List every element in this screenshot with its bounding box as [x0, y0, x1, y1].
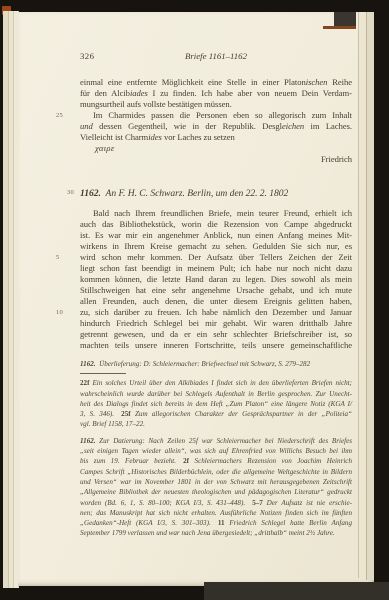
text-line: 3, S. 346). 25f Zum allegorischen Charak…: [80, 409, 352, 419]
text-line: χαιρε: [80, 143, 352, 154]
page-content: 326 Briefe 1161–1162 einmal eine entfern…: [80, 12, 352, 539]
apparatus-dating-notes: 1162. Zur Datierung: Nach Zeilen 25f war…: [80, 436, 352, 539]
text-line: 1162. Zur Datierung: Nach Zeilen 25f war…: [80, 436, 352, 446]
letter-1162-body: Bald nach Ihrem freundlichen Briefe, mei…: [80, 208, 352, 351]
text-line: liegt schon fast beendigt in meinem Pult…: [80, 263, 352, 274]
book-page: 326 Briefe 1161–1162 einmal eine entfern…: [18, 12, 374, 586]
text-line: 10zu, sich darüber zu freuen. Ich habe n…: [80, 307, 352, 318]
apparatus-transmission: 1162. Überlieferung: D: Schleiermacher: …: [80, 359, 352, 369]
text-line: heit des Dialogs findet sich bereits in …: [80, 399, 352, 409]
text-line: „seit einigen Tagen wieder allein“, was …: [80, 446, 352, 456]
margin-line-number: 5: [56, 254, 74, 262]
right-page-edge-outer: [366, 12, 374, 580]
text-line: allen Freunden, auch denen, die unter di…: [80, 296, 352, 307]
text-line: bis zum 19. Februar bezieht. 2f Schleier…: [80, 456, 352, 466]
text-line: machten teils unsere inneren Fortschritt…: [80, 340, 352, 351]
text-line: „Allgemeine Bibliothek der neuesten theo…: [80, 487, 352, 497]
text-line: und dessen Gegentheil, wie in der Republ…: [80, 121, 352, 132]
text-line: einmal eine entfernte Möglichkeit eine S…: [80, 77, 352, 88]
margin-line-number: 10: [56, 309, 74, 317]
text-line: worden (Bd. 6, 1, S. 80–100; KGA I/3, S.…: [80, 498, 352, 508]
text-line: vgl. Brief 1158, 17–22.: [80, 419, 352, 429]
running-header: Briefe 1161–1162: [80, 51, 352, 62]
text-line: Vielleicht ist Charmides vor Laches zu s…: [80, 132, 352, 143]
letter-1161-closing-text: einmal eine entfernte Möglichkeit eine S…: [80, 77, 352, 165]
text-line: wahrscheinlich wurde darüber bei Schlege…: [80, 389, 352, 399]
text-line: nen; das Manuskript hat sich nicht erhal…: [80, 508, 352, 518]
apparatus-divider-rule: [80, 373, 126, 374]
page-header: 326 Briefe 1161–1162: [80, 51, 352, 62]
text-line: Campes Schrift „Historisches Bilderbüchl…: [80, 467, 352, 477]
text-line: hindurch Friedrich Schlegel bei mir geha…: [80, 318, 352, 329]
text-line: ist. Es war mir ein angenehmer Anblick, …: [80, 230, 352, 241]
text-line: Friedrich: [80, 154, 352, 165]
text-line: 1162. Überlieferung: D: Schleiermacher: …: [80, 359, 352, 369]
text-line: 301162. An F. H. C. Schwarz. Berlin, um …: [80, 187, 352, 200]
text-line: September 1799 verlassen und war nach Je…: [80, 528, 352, 538]
apparatus-line-notes: 22f Ein solches Urteil über den Alkibiad…: [80, 378, 352, 429]
margin-line-number: 25: [56, 112, 74, 120]
text-line: 22f Ein solches Urteil über den Alkibiad…: [80, 378, 352, 388]
text-line: Bald nach Ihrem freundlichen Briefe, mei…: [80, 208, 352, 219]
text-line: auch das Bibliothekstück, worin die Reze…: [80, 219, 352, 230]
text-line: und Versen“ war im November 1801 in der …: [80, 477, 352, 487]
text-line: mungsurtheil aufs vollste bestätigen müs…: [80, 99, 352, 110]
margin-line-number: 30: [56, 189, 74, 197]
text-line: Stillschweigen hat eine sehr angenehme U…: [80, 285, 352, 296]
table-surface-bottom-right: [204, 582, 389, 600]
text-line: 5wird schon mehr kommen. Der Aufsatz übe…: [80, 252, 352, 263]
text-line: wirkens in Ihrem Kreise gemacht zu sehen…: [80, 241, 352, 252]
text-line: „Gedanken“-Heft (KGA I/3, S. 301–303). 1…: [80, 518, 352, 528]
text-line: kommen können, die letzte Hand daran zu …: [80, 274, 352, 285]
letter-1162-heading: 301162. An F. H. C. Schwarz. Berlin, um …: [80, 187, 352, 200]
text-line: für den Alcibiades I zu finden. Ich habe…: [80, 88, 352, 99]
book-photo: { "colors":{"background":"#17140f","pape…: [0, 0, 389, 600]
text-line: 25Im Charmides passen die Personen eben …: [80, 110, 352, 121]
text-line: getrennt gewesen, und da er ein sehr sch…: [80, 329, 352, 340]
